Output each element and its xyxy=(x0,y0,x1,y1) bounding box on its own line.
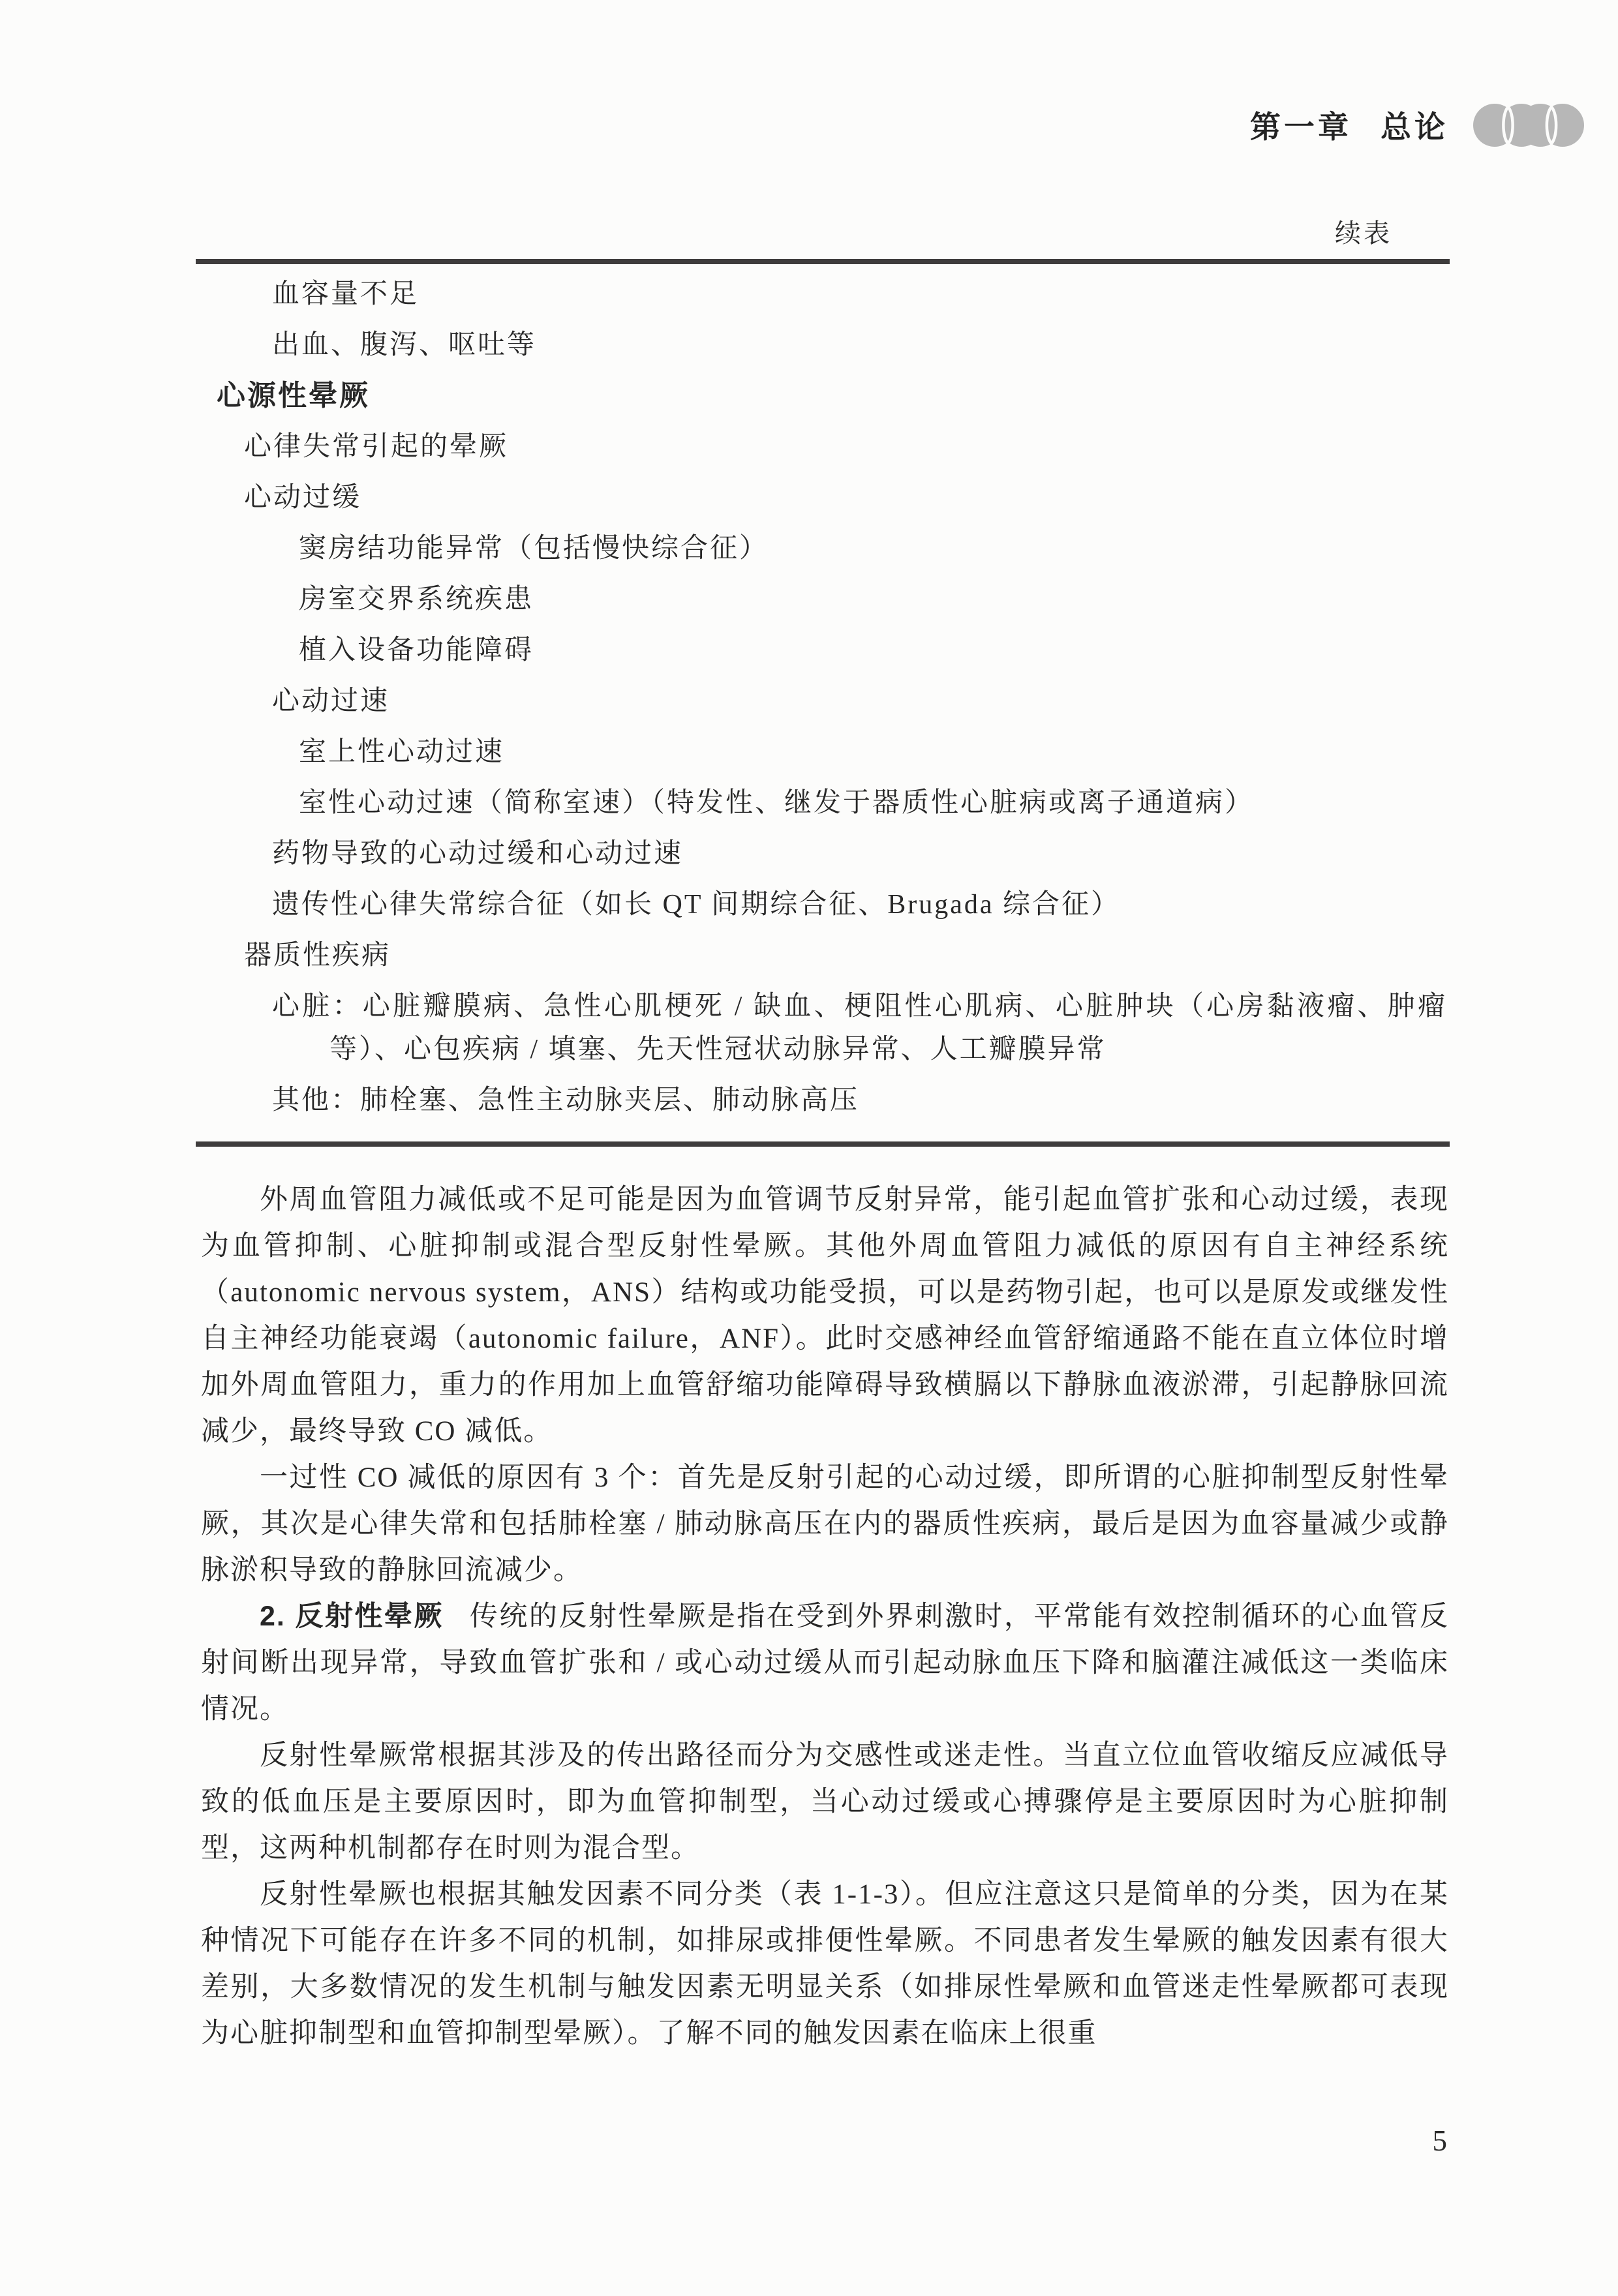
table-row: 植入设备功能障碍 xyxy=(196,629,1450,672)
body-text: 外周血管阻力减低或不足可能是因为血管调节反射异常，能引起血管扩张和心动过缓，表现… xyxy=(201,1177,1449,2057)
paragraph-text: 反射性晕厥也根据其触发因素不同分类（表 1-1-3）。但应注意这只是简单的分类，… xyxy=(201,1879,1449,2049)
table-row: 遗传性心律失常综合征（如长 QT 间期综合征、Brugada 综合征） xyxy=(196,883,1450,926)
table-row-text: 心动过速 xyxy=(272,686,389,716)
paragraph-text: 一过性 CO 减低的原因有 3 个：首先是反射引起的心动过缓，即所谓的心脏抑制型… xyxy=(201,1462,1449,1586)
paragraph-text: 外周血管阻力减低或不足可能是因为血管调节反射异常，能引起血管扩张和心动过缓，表现… xyxy=(201,1185,1449,1447)
chapter-number: 第一章 xyxy=(1250,103,1352,147)
table-row-text: 心动过缓 xyxy=(244,483,361,513)
table-row: 出血、腹泻、呕吐等 xyxy=(196,324,1450,367)
book-page: 第一章 总论 续表 血容量不足 出血、腹泻、呕吐等 心源性晕厥 心律失常引起的晕… xyxy=(0,0,1618,2296)
table-row: 窦房结功能异常（包括慢快综合征） xyxy=(196,527,1450,570)
table-row: 室性心动过速（简称室速）（特发性、继发于器质性心脏病或离子通道病） xyxy=(196,781,1450,824)
table-row-text: 植入设备功能障碍 xyxy=(299,635,534,665)
paragraph-lead-bold: 2. 反射性晕厥 xyxy=(260,1601,444,1632)
paragraph-text: 反射性晕厥常根据其涉及的传出路径而分为交感性或迷走性。当直立位血管收缩反应减低导… xyxy=(201,1740,1449,1864)
table-row-text: 出血、腹泻、呕吐等 xyxy=(272,330,536,360)
table-row-text: 室性心动过速（简称室速）（特发性、继发于器质性心脏病或离子通道病） xyxy=(299,788,1254,818)
body-paragraph: 一过性 CO 减低的原因有 3 个：首先是反射引起的心动过缓，即所谓的心脏抑制型… xyxy=(201,1455,1449,1594)
chapter-title: 总论 xyxy=(1381,103,1448,147)
table-row: 室上性心动过速 xyxy=(196,731,1450,774)
table-row-text: 窦房结功能异常（包括慢快综合征） xyxy=(299,534,769,564)
body-paragraph: 反射性晕厥常根据其涉及的传出路径而分为交感性或迷走性。当直立位血管收缩反应减低导… xyxy=(201,1732,1449,1871)
body-paragraph: 2. 反射性晕厥传统的反射性晕厥是指在受到外界刺激时，平常能有效控制循环的心血管… xyxy=(201,1594,1449,1732)
page-number: 5 xyxy=(196,2124,1447,2158)
table-row-text: 心源性晕厥 xyxy=(217,380,370,412)
table-row-text: 器质性疾病 xyxy=(244,941,391,971)
table-row: 心动过速 xyxy=(196,680,1450,723)
table-row: 心脏：心脏瓣膜病、急性心肌梗死 / 缺血、梗阻性心肌病、心脏肿块（心房黏液瘤、肿… xyxy=(196,985,1450,1071)
table-row-text: 遗传性心律失常综合征（如长 QT 间期综合征、Brugada 综合征） xyxy=(272,890,1120,920)
table-row: 其他：肺栓塞、急性主动脉夹层、肺动脉高压 xyxy=(196,1079,1450,1122)
continued-table-label: 续表 xyxy=(196,213,1392,250)
table-row-text: 药物导致的心动过缓和心动过速 xyxy=(272,839,683,869)
table-row: 心源性晕厥 xyxy=(196,374,1450,417)
table-row: 心律失常引起的晕厥 xyxy=(196,425,1450,468)
table-row-text: 室上性心动过速 xyxy=(299,737,504,767)
chapter-header: 第一章 总论 xyxy=(0,103,1584,147)
table-row-text: 房室交界系统疾患 xyxy=(299,584,534,614)
table-row-text: 心脏：心脏瓣膜病、急性心肌梗死 / 缺血、梗阻性心肌病、心脏肿块（心房黏液瘤、肿… xyxy=(272,991,1447,1065)
table-row: 药物导致的心动过缓和心动过速 xyxy=(196,832,1450,875)
table-row: 房室交界系统疾患 xyxy=(196,578,1450,621)
table-row: 血容量不足 xyxy=(196,273,1450,316)
overlapping-circles-icon xyxy=(1473,104,1584,147)
table-row-text: 其他：肺栓塞、急性主动脉夹层、肺动脉高压 xyxy=(272,1085,859,1115)
body-paragraph: 反射性晕厥也根据其触发因素不同分类（表 1-1-3）。但应注意这只是简单的分类，… xyxy=(201,1871,1449,2057)
table-row: 心动过缓 xyxy=(196,476,1450,519)
table-row: 器质性疾病 xyxy=(196,934,1450,977)
syncope-classification-table: 血容量不足 出血、腹泻、呕吐等 心源性晕厥 心律失常引起的晕厥 心动过缓 窦房结… xyxy=(196,259,1450,1147)
table-row-text: 心律失常引起的晕厥 xyxy=(244,432,508,462)
table-row-text: 血容量不足 xyxy=(272,279,419,309)
body-paragraph: 外周血管阻力减低或不足可能是因为血管调节反射异常，能引起血管扩张和心动过缓，表现… xyxy=(201,1177,1449,1455)
